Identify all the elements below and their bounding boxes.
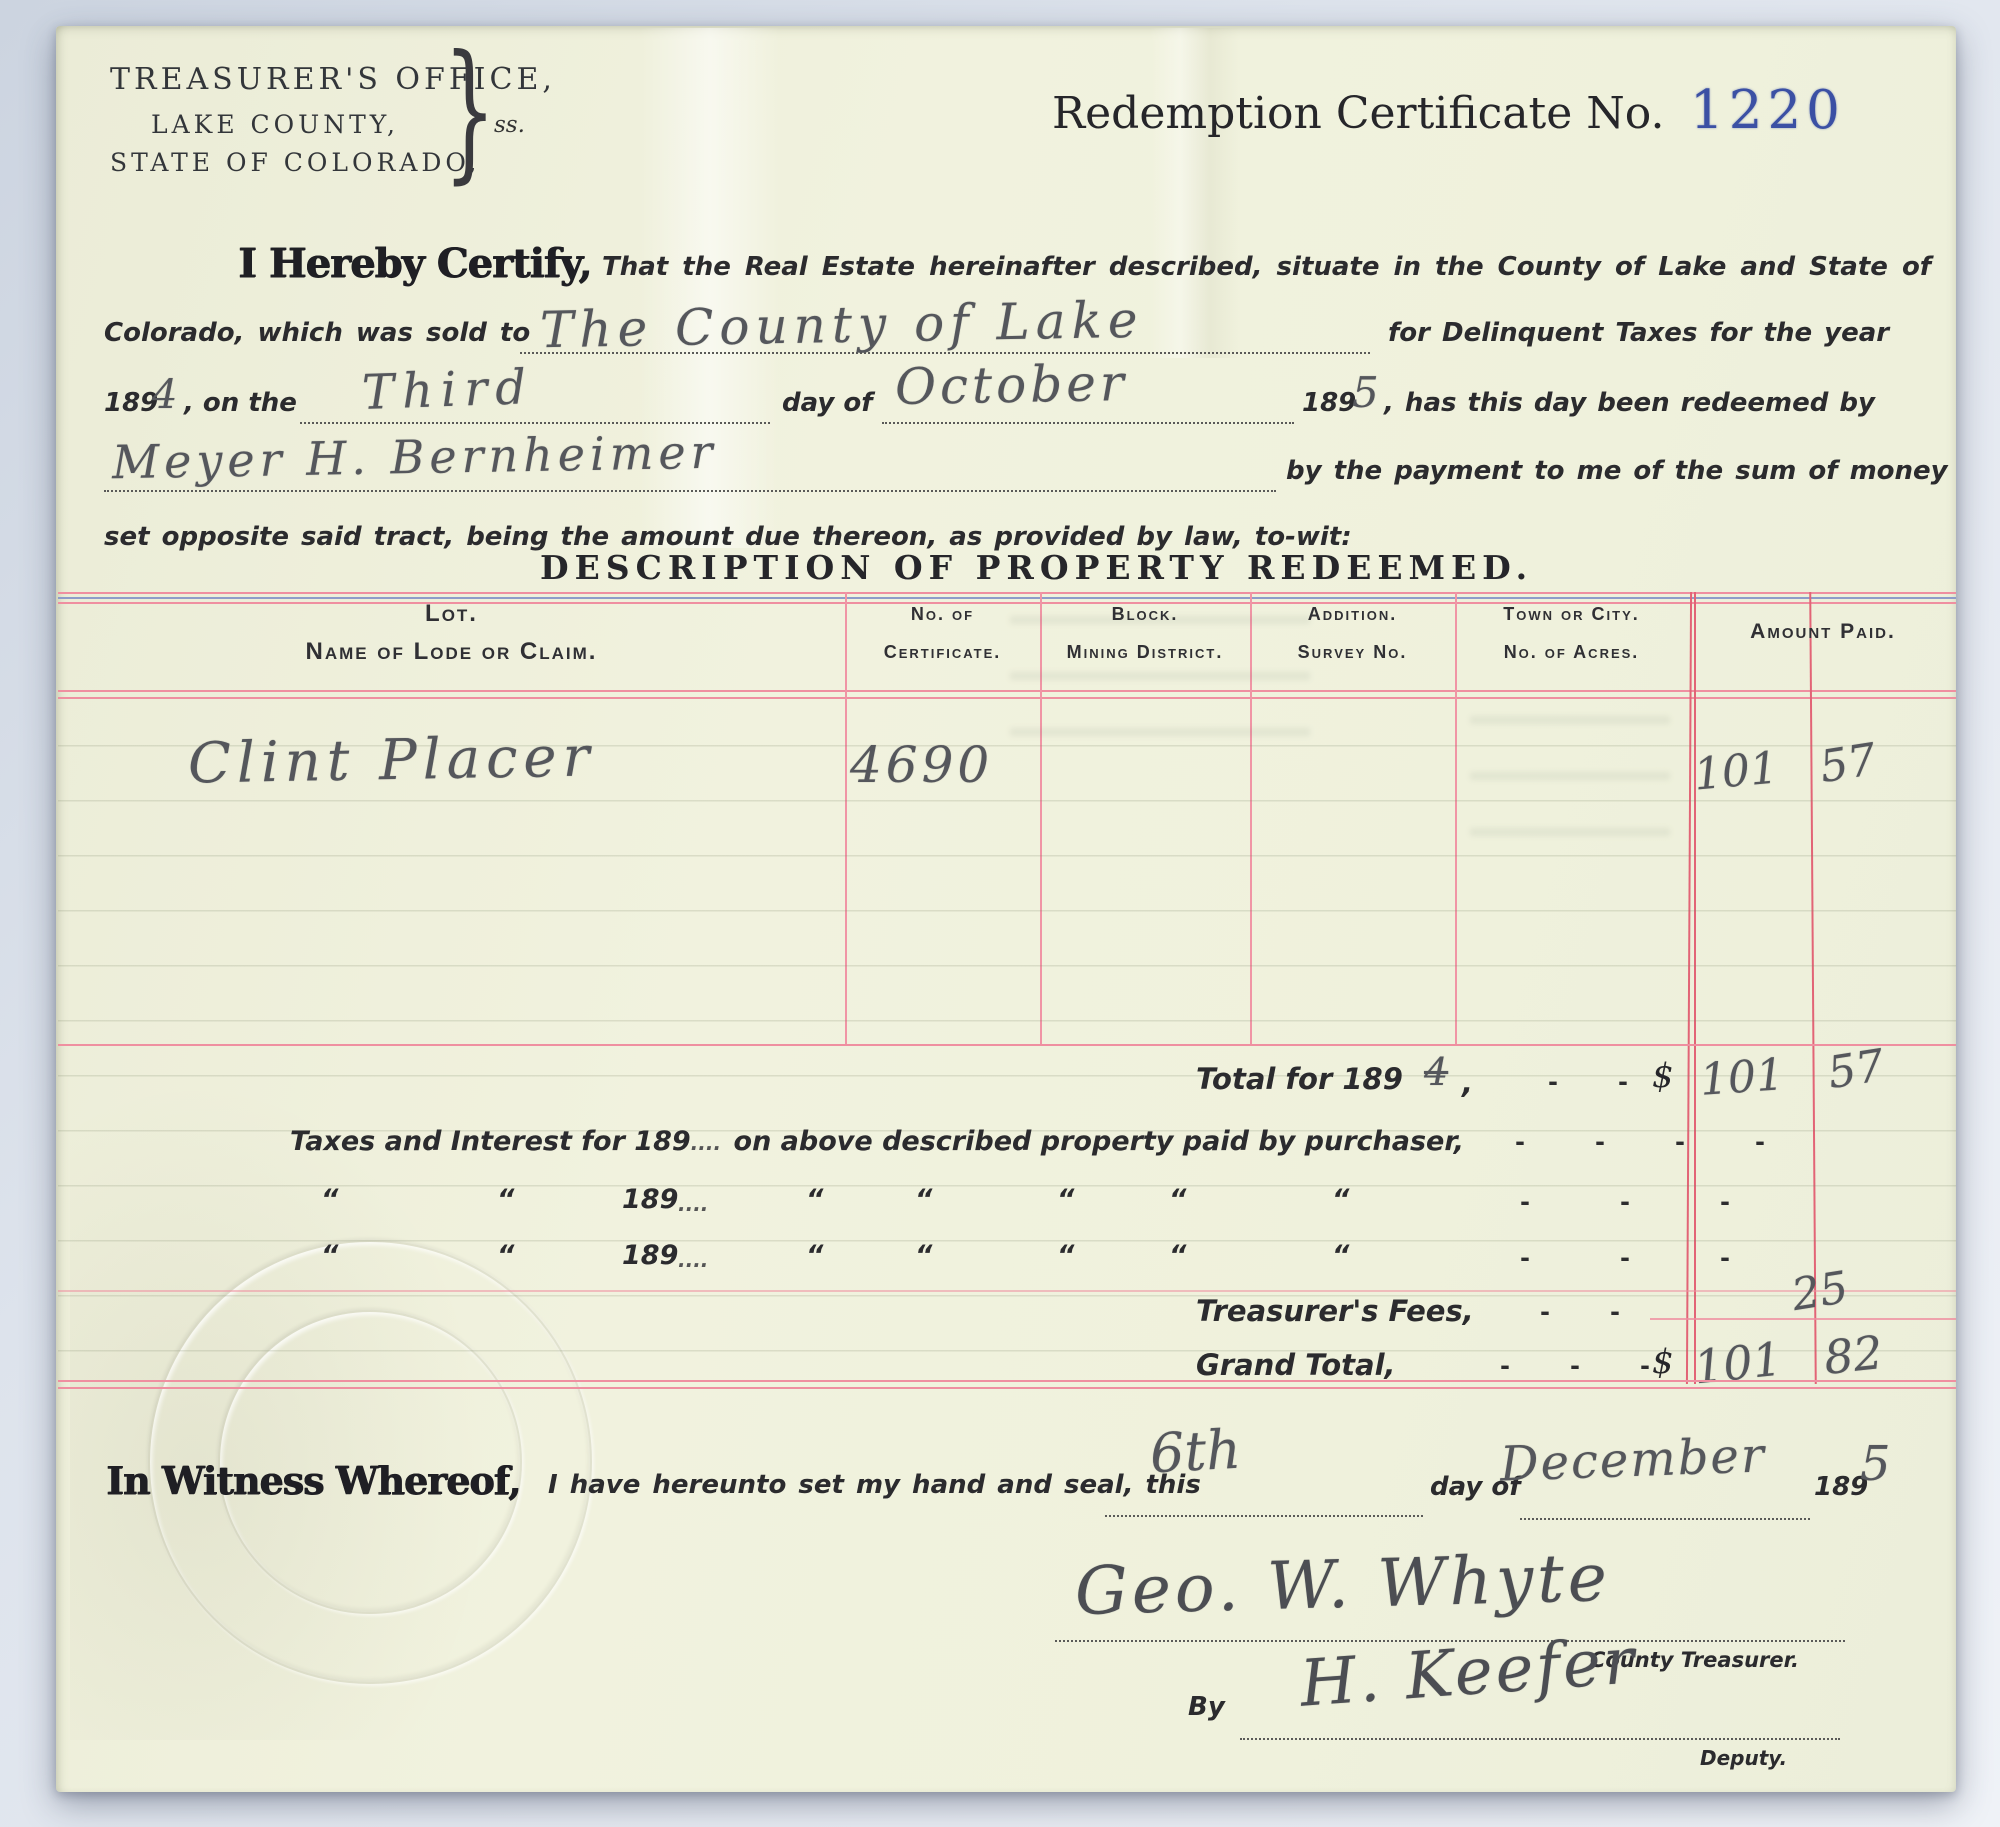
ditto-year: 189 — [622, 1240, 678, 1271]
deputy-signature-line — [1240, 1738, 1840, 1740]
ditto-year-dots: .... — [678, 1192, 708, 1216]
total-dollars-handwriting: 101 — [1698, 1049, 1785, 1106]
amount-dollars-handwriting: 101 — [1692, 742, 1780, 800]
taxes-dash: - — [1755, 1128, 1765, 1156]
table-bottom-rule2 — [58, 1387, 1956, 1389]
col1-header-line2: Name of Lode or Claim. — [58, 638, 845, 666]
certify-line1: That the Real Estate hereinafter describ… — [602, 252, 1931, 282]
redeemer-fill-line — [104, 490, 1276, 492]
witness-month-handwriting: December — [1499, 1427, 1767, 1492]
ditto-dash: - — [1520, 1188, 1530, 1216]
day-fill-line — [300, 422, 770, 424]
day-handwriting: Third — [361, 359, 535, 421]
year1-printed: 189 — [104, 388, 158, 418]
ink-bleed-ghost — [1470, 690, 1670, 850]
deputy-label: Deputy. — [1700, 1746, 1787, 1770]
month-handwriting: October — [895, 354, 1129, 416]
fees-underline — [1650, 1318, 1956, 1320]
ditto-year: 189 — [622, 1184, 678, 1215]
certificate-number: 1220 — [1690, 80, 1845, 141]
ditto-mark: “ — [497, 1240, 514, 1271]
table-body-bottom-rule — [58, 1044, 1956, 1046]
taxes-line-pre: Taxes and Interest for 189 — [290, 1126, 691, 1157]
certify-lead: I Hereby Certify, — [238, 240, 591, 287]
table-title: DESCRIPTION OF PROPERTY REDEEMED. — [540, 548, 1480, 587]
ss-label: ss. — [494, 112, 525, 138]
fees-cents-handwriting: 25 — [1788, 1262, 1851, 1321]
grand-cents-handwriting: 82 — [1821, 1325, 1885, 1385]
col3-header-line1: Block. — [1040, 604, 1250, 625]
ditto-mark: “ — [1169, 1240, 1186, 1271]
grand-dollars-handwriting: 101 — [1691, 1332, 1784, 1395]
ditto-mark: “ — [1332, 1240, 1349, 1271]
claim-name-handwriting: Clint Placer — [187, 724, 595, 796]
ditto-dash: - — [1520, 1244, 1530, 1272]
taxes-dash: - — [1675, 1128, 1685, 1156]
witness-text: I have hereunto set my hand and seal, th… — [548, 1470, 1201, 1500]
treasurers-fees-label: Treasurer's Fees, — [1196, 1294, 1474, 1328]
col1-header-line1: Lot. — [58, 600, 845, 628]
total-dash: - — [1548, 1068, 1558, 1096]
total-year-handwriting: 4 — [1424, 1050, 1448, 1094]
certificate-title: Redemption Certificate No. — [1052, 88, 1664, 139]
col2-header-line2: Certificate. — [845, 642, 1040, 663]
taxes-line: Taxes and Interest for 189.... on above … — [290, 1126, 1464, 1157]
sold-to-handwriting: The County of Lake — [540, 291, 1144, 360]
ditto-mark: “ — [915, 1240, 932, 1271]
col5-header-line1: Town or City. — [1455, 604, 1688, 625]
ditto-mark: “ — [321, 1184, 338, 1215]
taxes-line-post: on above described property paid by purc… — [734, 1126, 1464, 1157]
year2-printed: 189 — [1302, 388, 1356, 418]
grand-dash: - — [1640, 1352, 1650, 1380]
col3-header-line2: Mining District. — [1040, 642, 1250, 663]
table-top-rule-pink1 — [58, 592, 1956, 594]
month-fill-line — [882, 422, 1294, 424]
by-label: By — [1188, 1692, 1225, 1722]
ditto-mark: “ — [806, 1184, 823, 1215]
grand-total-label: Grand Total, — [1196, 1348, 1396, 1382]
ditto-mark: “ — [1332, 1184, 1349, 1215]
total-dash: - — [1618, 1068, 1628, 1096]
amount-cents-handwriting: 57 — [1816, 734, 1879, 793]
witness-day-fill-line — [1105, 1515, 1423, 1517]
ditto-mark: “ — [1057, 1240, 1074, 1271]
grand-dash: - — [1500, 1352, 1510, 1380]
ditto-mark: “ — [497, 1184, 514, 1215]
witness-lead: In Witness Whereof, — [106, 1458, 520, 1503]
col2-header-line1: No. of — [845, 604, 1040, 625]
office-state: STATE OF COLORADO, — [110, 148, 440, 177]
ditto-mark: “ — [321, 1240, 338, 1271]
brace-glyph: } — [443, 36, 495, 186]
ditto-year-dots: .... — [678, 1248, 708, 1272]
grand-dash: - — [1570, 1352, 1580, 1380]
table-top-rule-blue — [58, 597, 1956, 599]
witness-year-handwriting: 5 — [1860, 1436, 1891, 1492]
fees-row-rule — [58, 1290, 1956, 1292]
office-county: LAKE COUNTY, — [110, 110, 440, 139]
table-header-rule2 — [58, 697, 1956, 699]
certificate-no-handwriting: 4690 — [850, 736, 993, 794]
taxes-dash: - — [1595, 1128, 1605, 1156]
total-comma: , — [1462, 1066, 1473, 1100]
ditto-mark: “ — [1169, 1184, 1186, 1215]
year2-handwriting: 5 — [1352, 368, 1379, 417]
certify-line3-a: , on the — [184, 388, 297, 418]
certify-line2-post: for Delinquent Taxes for the year — [1388, 318, 1889, 348]
col4-header-line1: Addition. — [1250, 604, 1455, 625]
taxes-line-dots: .... — [691, 1131, 721, 1155]
col6-header: Amount Paid. — [1690, 620, 1956, 644]
grand-dollar-sign: $ — [1652, 1342, 1674, 1382]
certify-line2-pre: Colorado, which was sold to — [104, 318, 530, 348]
total-cents-handwriting: 57 — [1824, 1040, 1887, 1099]
col5-header-line2: No. of Acres. — [1455, 642, 1688, 663]
ditto-mark: “ — [915, 1184, 932, 1215]
fees-dash: - — [1540, 1298, 1550, 1326]
col4-header-line2: Survey No. — [1250, 642, 1455, 663]
ditto-mark: “ — [1057, 1184, 1074, 1215]
photo-background: TREASURER'S OFFICE, LAKE COUNTY, STATE O… — [0, 0, 2000, 1827]
office-name: TREASURER'S OFFICE, — [110, 62, 440, 97]
fees-dash: - — [1610, 1298, 1620, 1326]
table-header-rule1 — [58, 690, 1956, 692]
ditto-dash: - — [1620, 1188, 1630, 1216]
witness-day-handwriting: 6th — [1148, 1418, 1242, 1486]
ditto-dash: - — [1620, 1244, 1630, 1272]
table-bottom-rule1 — [58, 1380, 1956, 1382]
ditto-dash: - — [1720, 1188, 1730, 1216]
witness-month-fill-line — [1520, 1518, 1810, 1520]
taxes-dash: - — [1515, 1128, 1525, 1156]
ditto-dash: - — [1720, 1244, 1730, 1272]
certify-line3-c: , has this day been redeemed by — [1384, 388, 1875, 418]
certify-line3-b: day of — [782, 388, 873, 418]
ditto-mark: “ — [806, 1240, 823, 1271]
total-label: Total for 189 — [1196, 1062, 1403, 1096]
year1-handwriting: 4 — [152, 372, 177, 418]
treasurer-signature: Geo. W. Whyte — [1074, 1539, 1612, 1630]
redeemer-handwriting: Meyer H. Bernheimer — [112, 425, 718, 490]
total-dollar-sign: $ — [1652, 1056, 1674, 1096]
certify-line4: by the payment to me of the sum of money — [1286, 456, 1948, 486]
